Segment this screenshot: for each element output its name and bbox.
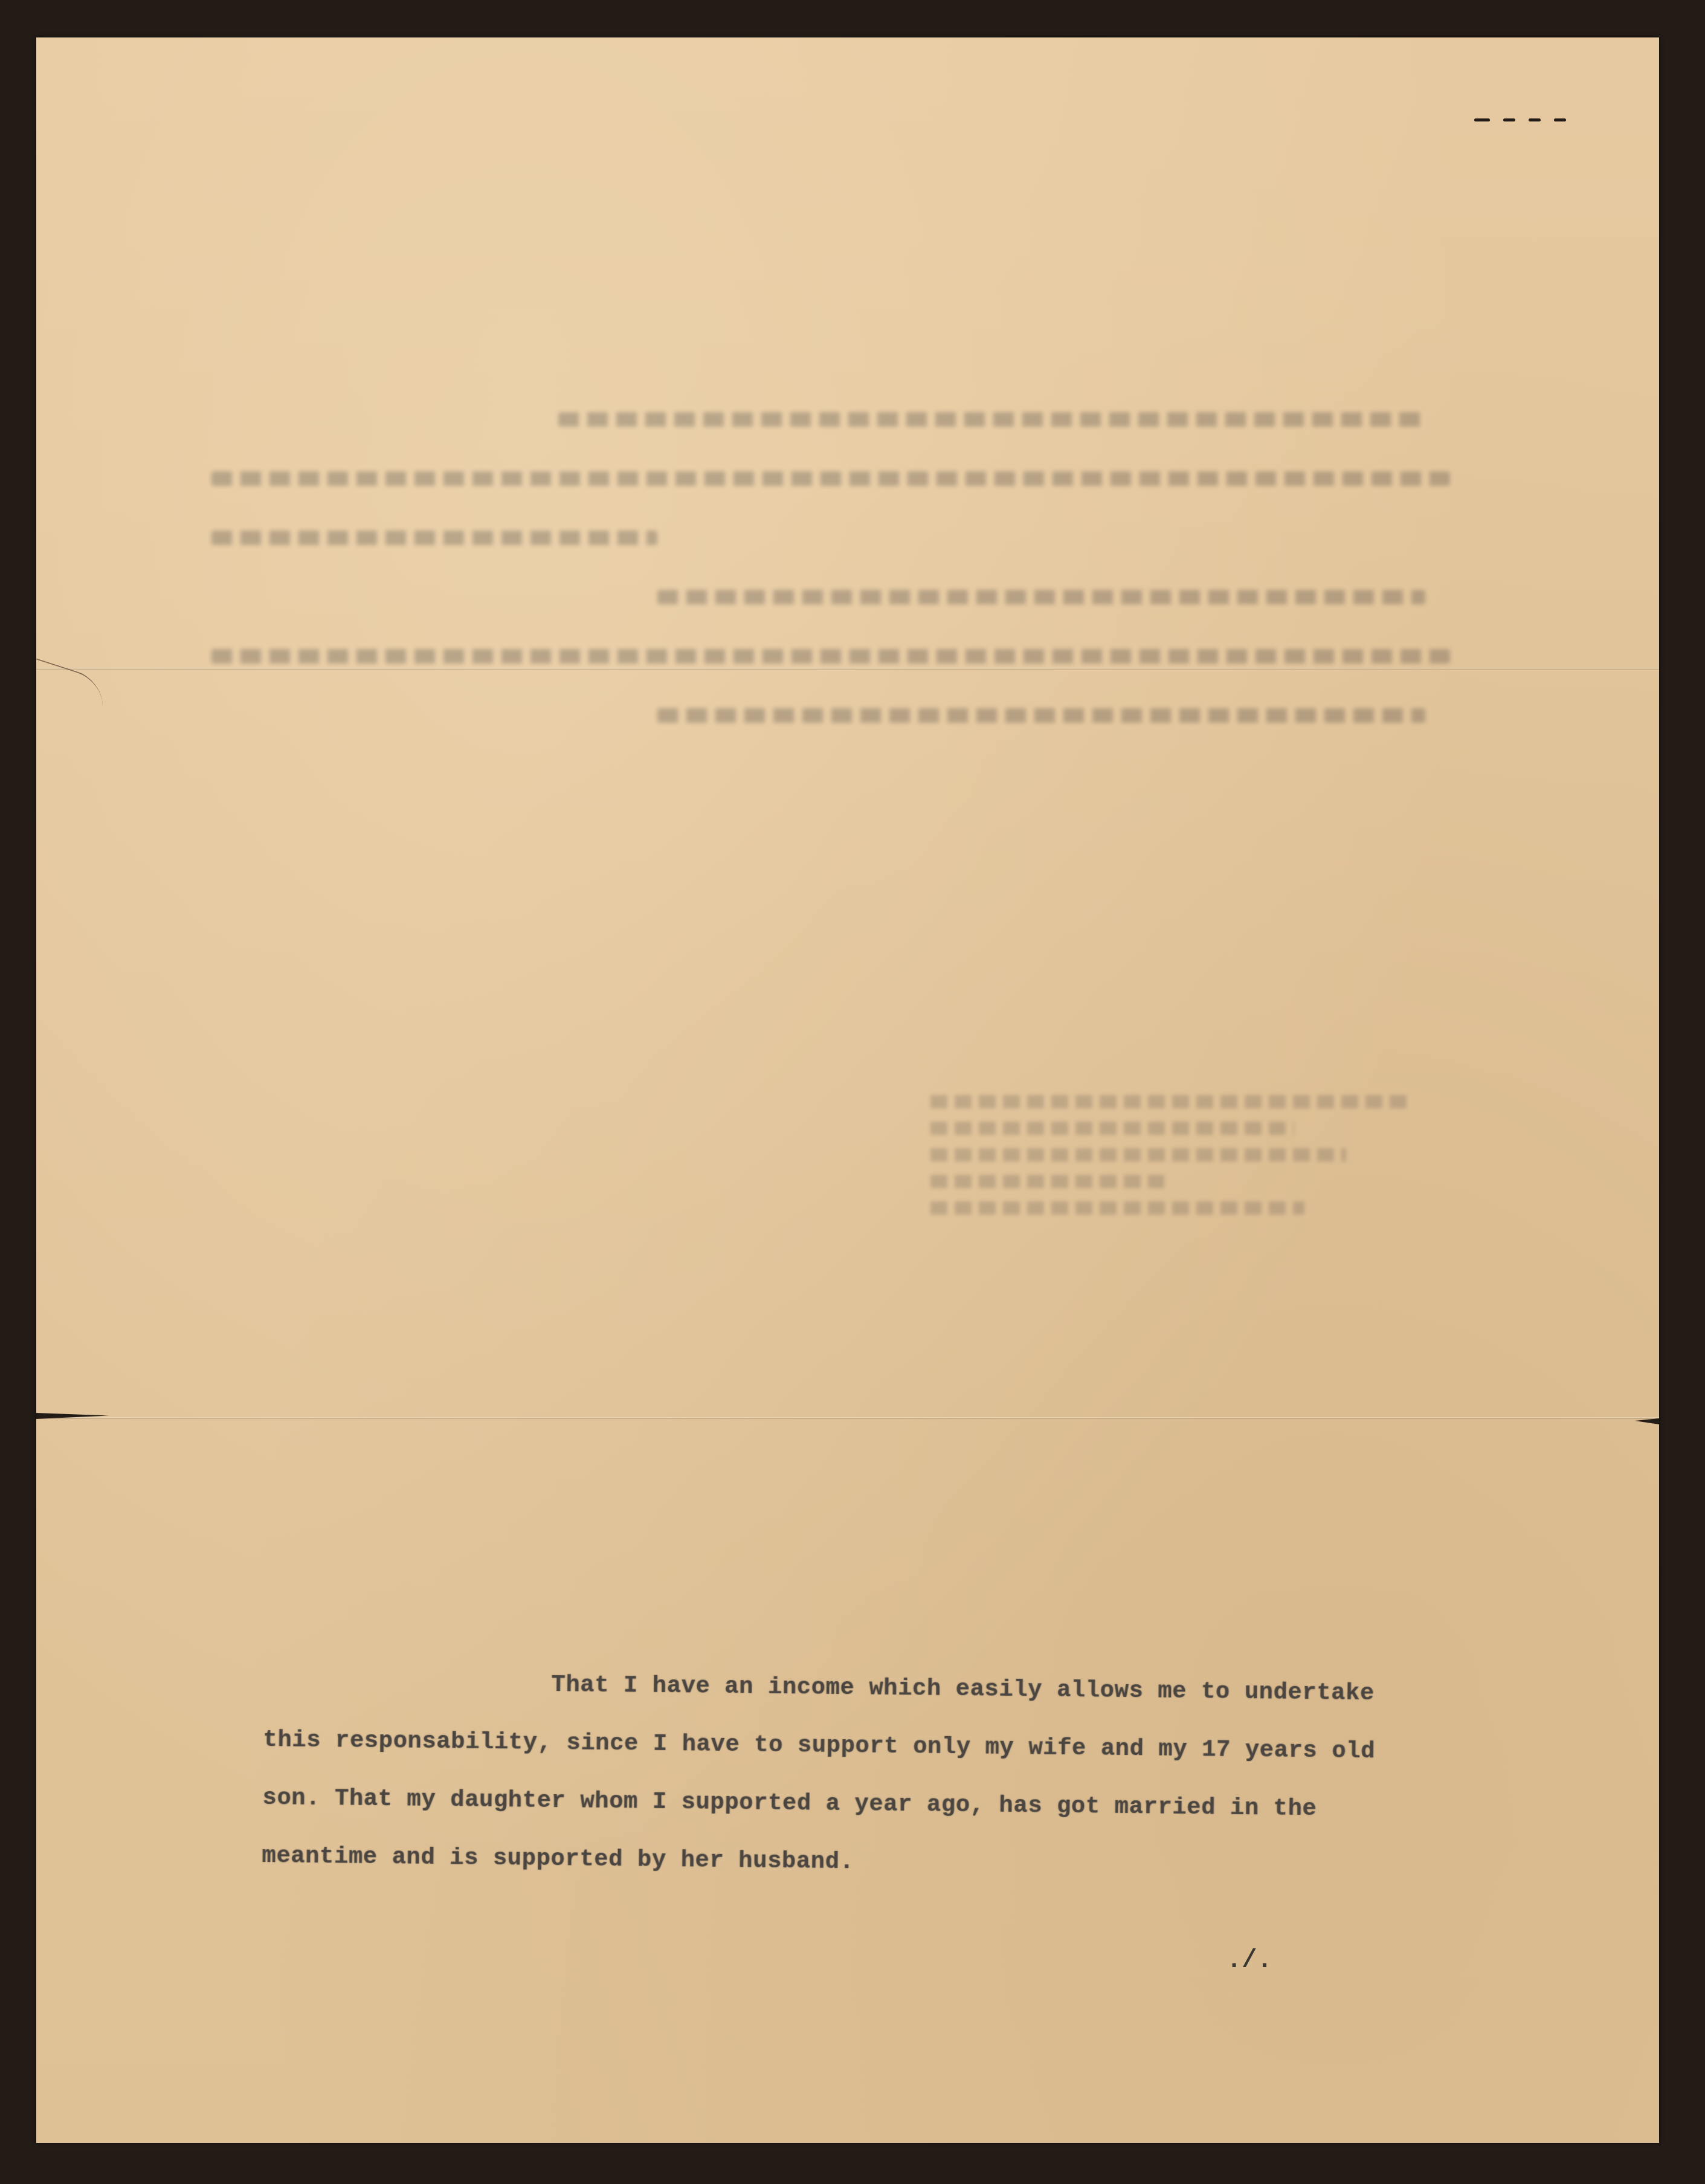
continuation-mark: ./. [1226, 1946, 1272, 1975]
bleed-through-text [211, 412, 1450, 767]
typed-body-text: That I have an income which easily allow… [262, 1653, 1478, 1898]
edge-tear [1635, 1418, 1659, 1424]
perforation-holes [1474, 118, 1566, 121]
bleed-through-address-block [930, 1095, 1450, 1228]
edge-tear [36, 658, 103, 705]
fold-line [36, 1417, 1659, 1419]
